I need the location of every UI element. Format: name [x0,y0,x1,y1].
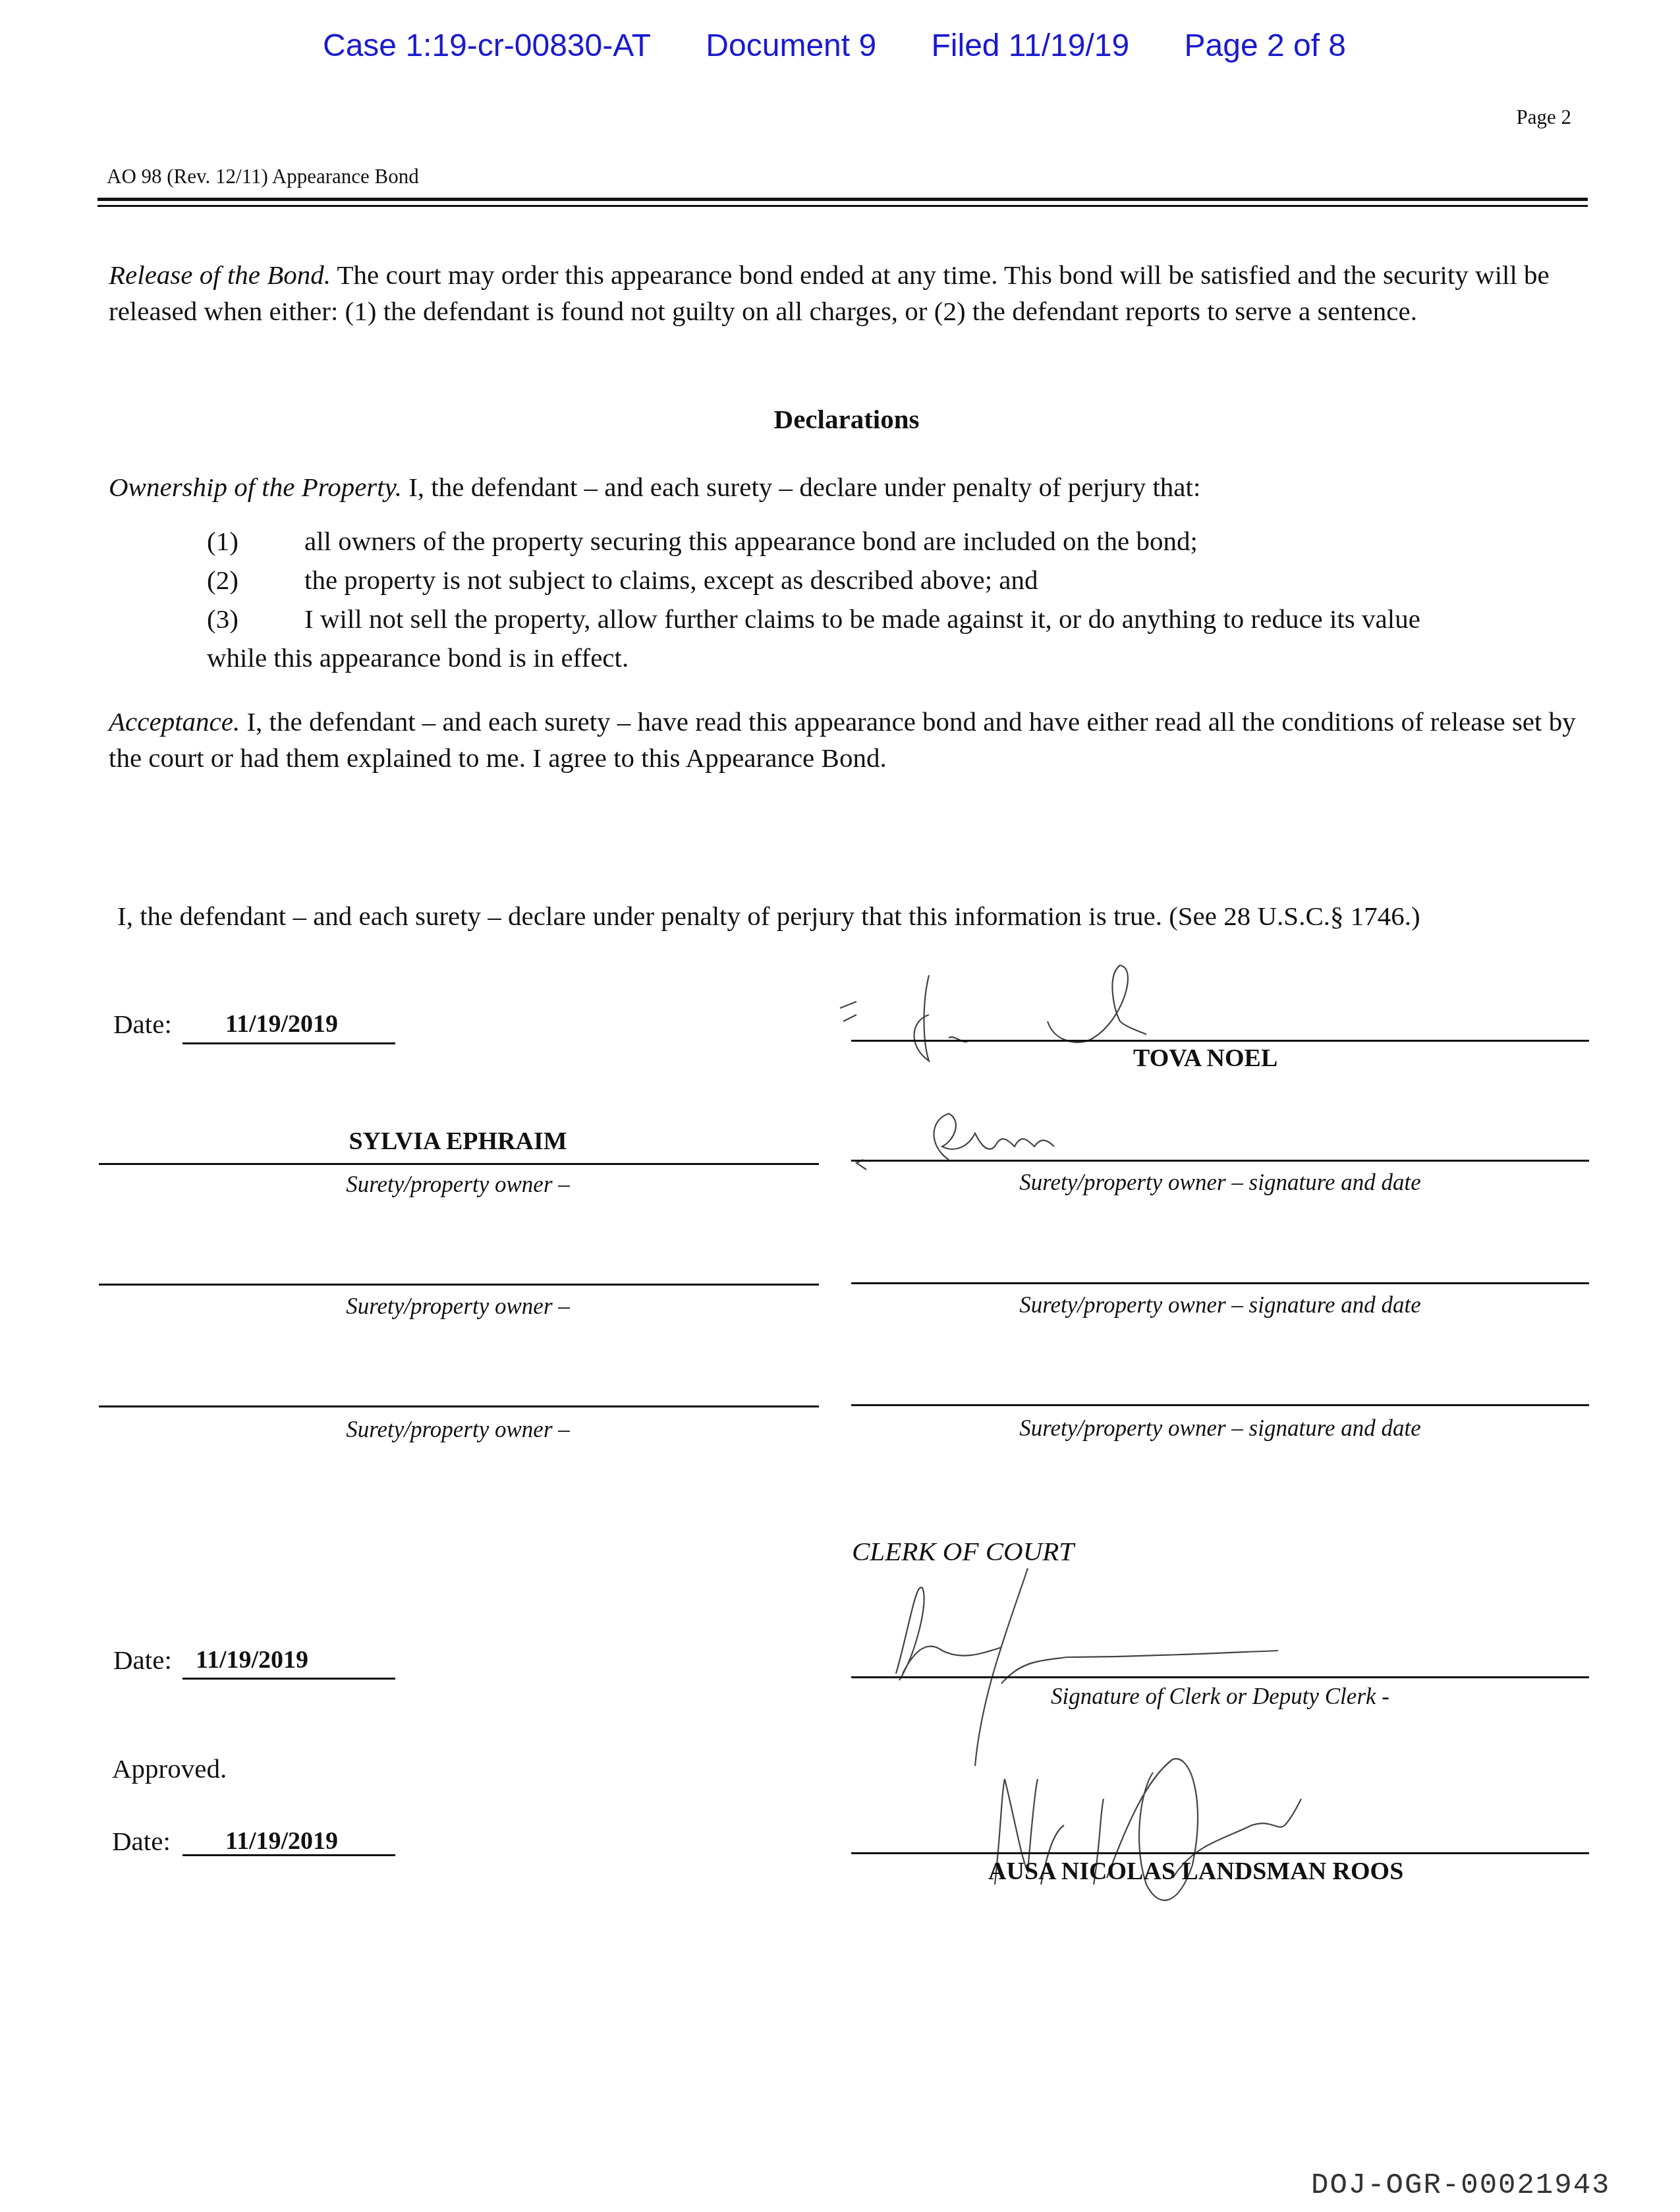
acceptance-paragraph: Acceptance. I, the defendant – and each … [109,704,1591,776]
declarations-heading: Declarations [0,403,1680,435]
defendant-signature-line [851,1040,1589,1042]
approved-date-line [182,1854,395,1856]
clerk-date-label: Date: [113,1644,172,1676]
ownership-title: Ownership of the Property. [109,472,402,502]
ownership-text: I, the defendant – and each surety – dec… [408,472,1200,502]
header-rule-thin [98,205,1588,207]
clerk-heading: CLERK OF COURT [852,1535,1074,1567]
surety-name-line [99,1163,819,1165]
list-item: (3)I will not sell the property, allow f… [207,600,1597,638]
acceptance-text: I, the defendant – and each surety – hav… [109,706,1576,773]
clerk-date: 11/19/2019 [196,1645,308,1674]
list-item-continuation: while this appearance bond is in effect. [207,638,1597,677]
filing-stamp: Case 1:19-cr-00830-AT Document 9 Filed 1… [323,28,1392,64]
perjury-statement: I, the defendant – and each surety – dec… [117,898,1600,934]
page-indicator: Page 2 of 8 [1184,28,1346,63]
ausa-signature [975,1726,1515,1924]
document-number: Document 9 [706,28,876,63]
defendant-date: 11/19/2019 [225,1009,338,1038]
ausa-signature-line [851,1852,1589,1854]
surety-signature-line [851,1404,1589,1406]
release-title: Release of the Bond. [109,260,331,290]
surety-caption: Surety/property owner – [99,1417,817,1443]
surety-signature-caption: Surety/property owner – signature and da… [851,1170,1589,1196]
clerk-date-line [182,1678,395,1680]
list-item: (2)the property is not subject to claims… [207,561,1597,600]
surety-signature-line [851,1282,1589,1284]
ausa-name: AUSA NICOLAS LANDSMAN ROOS [988,1857,1403,1886]
list-item: (1)all owners of the property securing t… [207,522,1597,561]
defendant-date-label: Date: [113,1008,172,1040]
surety-name-line [99,1405,819,1407]
release-paragraph: Release of the Bond. The court may order… [109,257,1591,329]
clerk-signature [870,1575,1594,1746]
filed-date: Filed 11/19/19 [931,28,1129,63]
page-label: Page 2 [1516,105,1571,129]
approved-date: 11/19/2019 [225,1827,338,1856]
ownership-paragraph: Ownership of the Property. I, the defend… [109,469,1591,505]
clerk-signature-caption: Signature of Clerk or Deputy Clerk - [851,1684,1589,1710]
defendant-name: TOVA NOEL [1133,1044,1277,1073]
surety-name: SYLVIA EPHRAIM [99,1127,817,1156]
defendant-signature [830,949,1357,1081]
header-rule [98,198,1588,201]
defendant-date-line [182,1042,395,1044]
case-number: Case 1:19-cr-00830-AT [323,28,651,63]
surety-caption: Surety/property owner – [99,1172,817,1198]
declarations-list: (1)all owners of the property securing t… [207,522,1597,677]
form-id: AO 98 (Rev. 12/11) Appearance Bond [107,165,419,188]
bates-number: DOJ-OGR-00021943 [1311,2169,1610,2202]
approved-label: Approved. [112,1753,227,1784]
surety-caption: Surety/property owner – [99,1293,817,1320]
surety-signature-caption: Surety/property owner – signature and da… [851,1292,1589,1319]
surety-signature-caption: Surety/property owner – signature and da… [851,1415,1589,1442]
clerk-signature-line [851,1676,1589,1678]
approved-date-label: Date: [112,1825,171,1857]
acceptance-title: Acceptance. [109,706,240,737]
surety-name-line [99,1284,819,1286]
surety-signature-line [851,1160,1589,1162]
